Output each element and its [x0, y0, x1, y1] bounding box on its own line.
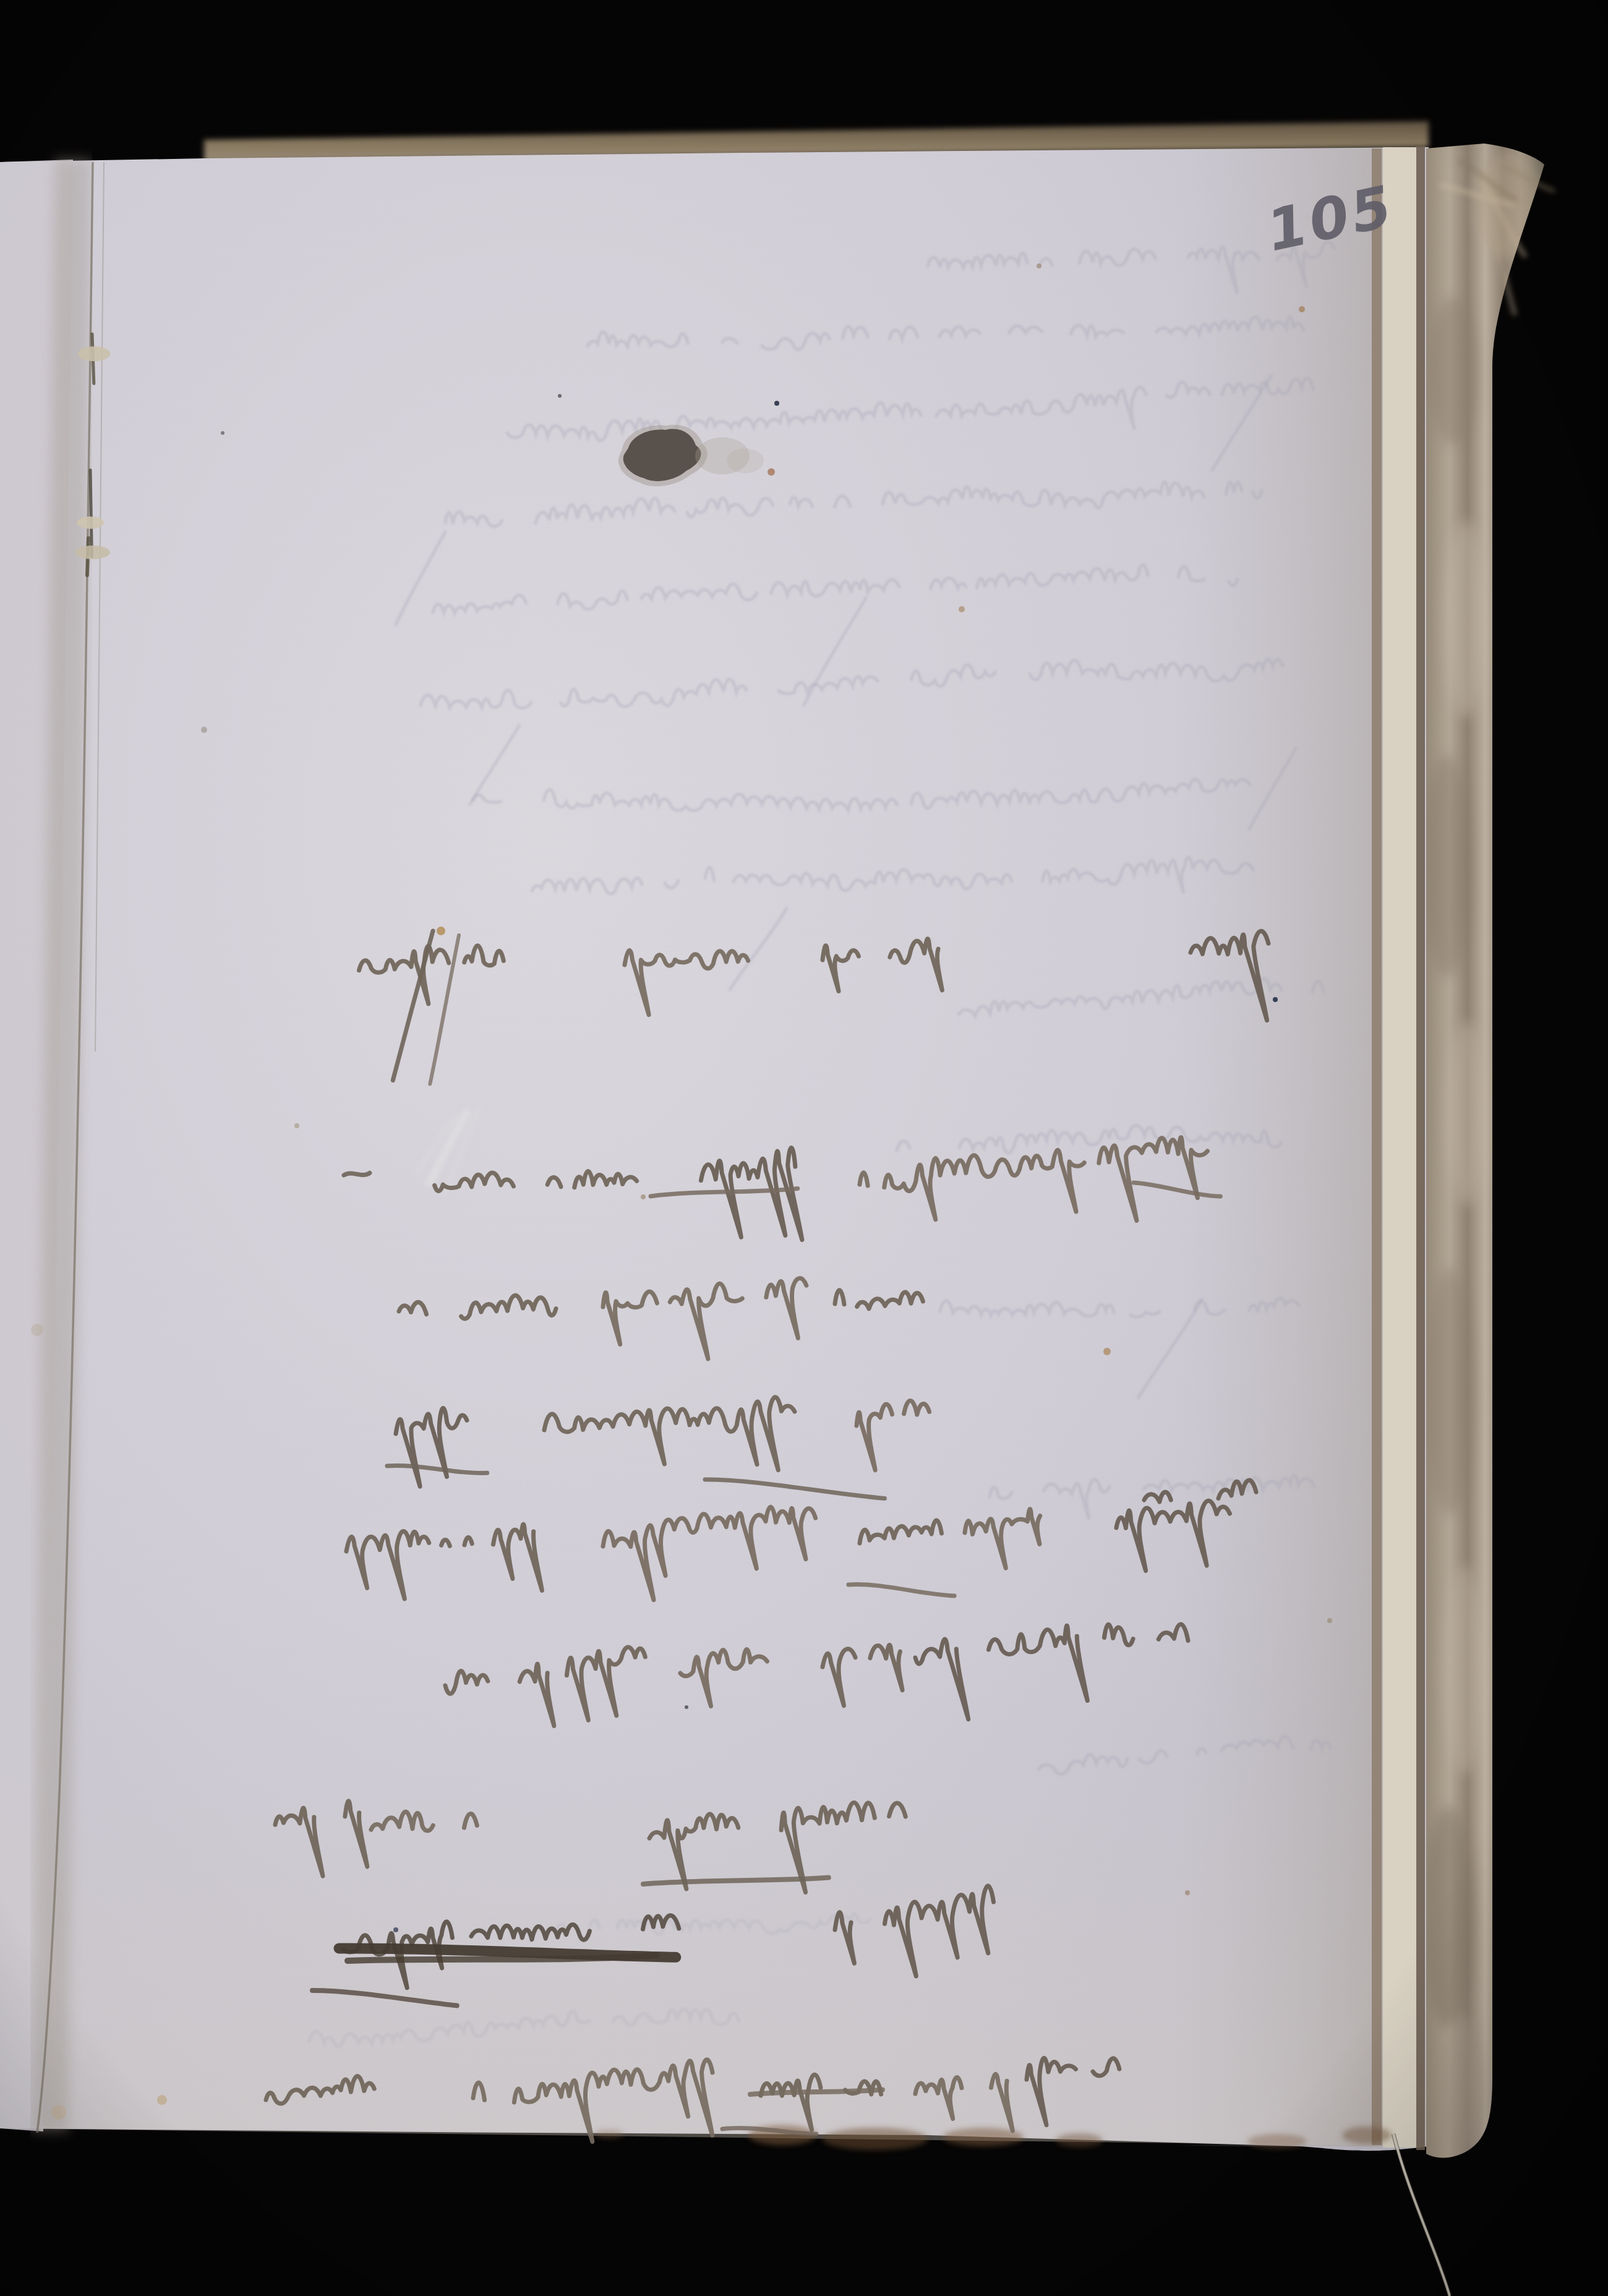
manuscript-photo: 105 — [0, 0, 1608, 2296]
photo-vignette — [0, 0, 1608, 2296]
manuscript-photo-svg: 105 — [0, 0, 1608, 2296]
